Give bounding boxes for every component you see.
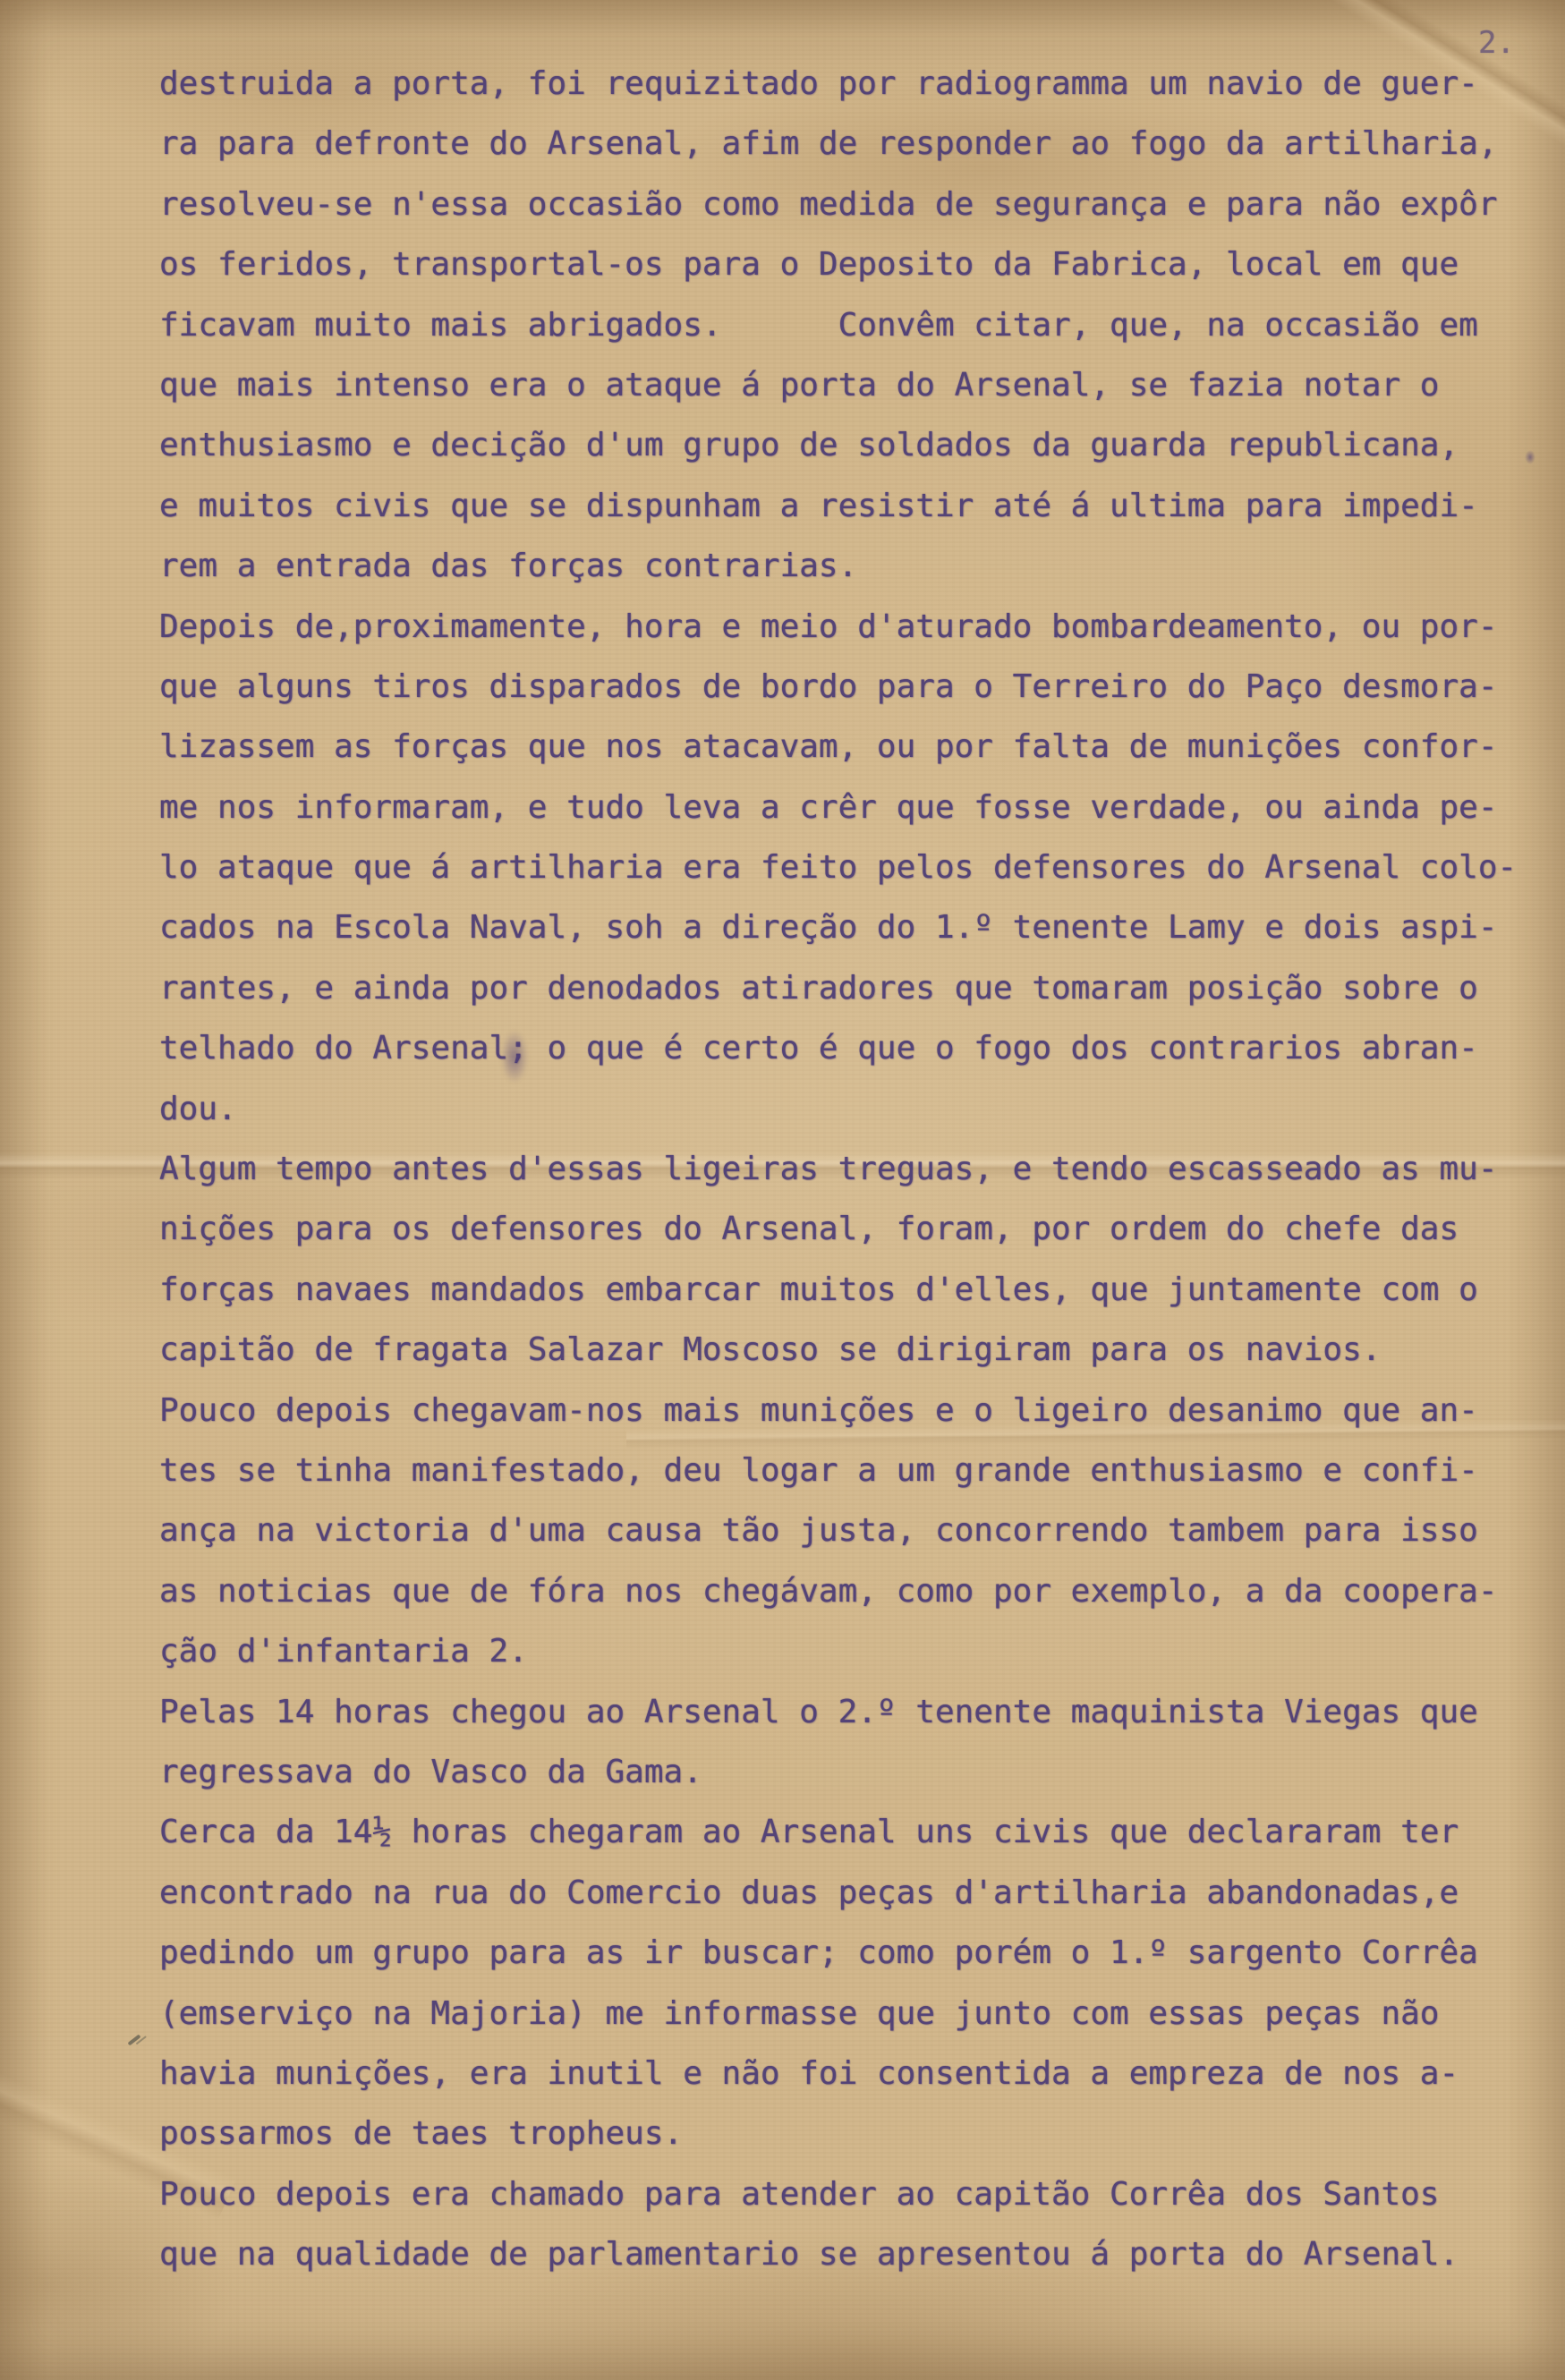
text-line: Pouco depois chegavam-nos mais munições …	[159, 1381, 1548, 1441]
text-line: resolveu-se n'essa occasião como medida …	[159, 174, 1548, 234]
text-line: que na qualidade de parlamentario se apr…	[159, 2224, 1548, 2284]
text-line: Algum tempo antes d'essas ligeiras tregu…	[159, 1139, 1548, 1199]
margin-tick-mark	[127, 2034, 140, 2045]
text-line: ança na victoria d'uma causa tão justa, …	[159, 1500, 1548, 1560]
text-line: os feridos, transportal-os para o Deposi…	[159, 234, 1548, 294]
text-line: capitão de fragata Salazar Moscoso se di…	[159, 1320, 1548, 1380]
text-line: possarmos de taes tropheus.	[159, 2104, 1548, 2163]
text-line: pedindo um grupo para as ir buscar; como…	[159, 1923, 1548, 1983]
text-line: Depois de,proximamente, hora e meio d'at…	[159, 597, 1548, 657]
typewritten-text-block: destruida a porta, foi requizitado por r…	[159, 54, 1548, 2284]
text-line: enthusiasmo e decição d'um grupo de sold…	[159, 415, 1548, 475]
text-line: regressava do Vasco da Gama.	[159, 1742, 1548, 1802]
text-line: ficavam muito mais abrigados. Convêm cit…	[159, 295, 1548, 355]
text-line: Pelas 14 horas chegou ao Arsenal o 2.º t…	[159, 1682, 1548, 1742]
text-line: forças navaes mandados embarcar muitos d…	[159, 1260, 1548, 1320]
text-line: destruida a porta, foi requizitado por r…	[159, 54, 1548, 114]
text-line: e muitos civis que se dispunham a resist…	[159, 476, 1548, 536]
text-line: ra para defronte do Arsenal, afim de res…	[159, 114, 1548, 174]
text-line: ção d'infantaria 2.	[159, 1621, 1548, 1681]
text-line: rantes, e ainda por denodados atiradores…	[159, 958, 1548, 1018]
document-page: 2. destruida a porta, foi requizitado po…	[0, 0, 1565, 2380]
text-line: que mais intenso era o ataque á porta do…	[159, 355, 1548, 415]
text-line: tes se tinha manifestado, deu logar a um…	[159, 1441, 1548, 1500]
text-line: dou.	[159, 1079, 1548, 1139]
text-line: havia munições, era inutil e não foi con…	[159, 2044, 1548, 2104]
text-line: me nos informaram, e tudo leva a crêr qu…	[159, 778, 1548, 837]
text-line: (emserviço na Majoria) me informasse que…	[159, 1984, 1548, 2044]
text-line: que alguns tiros disparados de bordo par…	[159, 657, 1548, 717]
text-line: nições para os defensores do Arsenal, fo…	[159, 1199, 1548, 1259]
text-line: Cerca da 14½ horas chegaram ao Arsenal u…	[159, 1802, 1548, 1862]
text-line: rem a entrada das forças contrarias.	[159, 536, 1548, 596]
text-line: as noticias que de fóra nos chegávam, co…	[159, 1561, 1548, 1621]
text-line: lo ataque que á artilharia era feito pel…	[159, 837, 1548, 897]
text-line: encontrado na rua do Comercio duas peças…	[159, 1863, 1548, 1923]
text-line: telhado do Arsenal; o que é certo é que …	[159, 1018, 1548, 1078]
text-line: lizassem as forças que nos atacavam, ou …	[159, 717, 1548, 777]
text-line: cados na Escola Naval, soh a direção do …	[159, 897, 1548, 957]
text-line: Pouco depois era chamado para atender ao…	[159, 2164, 1548, 2224]
